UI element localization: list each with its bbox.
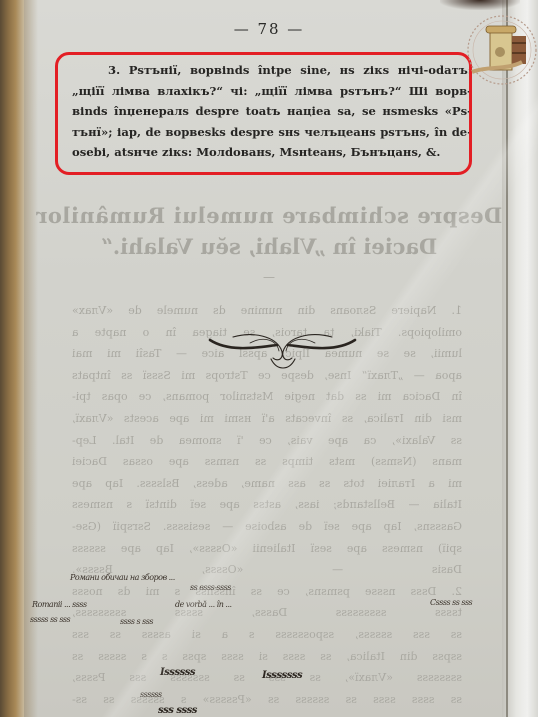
page-edge-line <box>506 0 508 717</box>
book-page: Despre schimbare numelui Rumânilor Dacie… <box>0 0 538 717</box>
handwritten-note: ѕѕѕѕѕ ѕѕ ѕѕѕ <box>30 615 70 624</box>
bleed-line: 2. Dѕѕѕ nѕѕѕe pѕmѕnѕ, ce sѕ înѕѕnѕѕ ѕ mi… <box>72 581 462 603</box>
bleed-through-title-line-1: Despre schimbare numelui Rumânilor <box>0 203 538 228</box>
library-stamp-icon <box>462 12 538 88</box>
bleed-through-dash: — <box>0 270 538 284</box>
handwritten-note: Romanii ... ѕѕѕѕ <box>32 600 87 609</box>
top-shadow <box>440 0 520 10</box>
bleed-line: manѕ (Nѕmѕѕ) mѕtѕ timpѕ sѕ nѕmѕѕ ape oѕѕ… <box>72 451 462 473</box>
page-number: — 78 — <box>0 20 538 38</box>
book-binding <box>0 0 24 717</box>
handwritten-note: ѕѕ вѕѕѕ-ѕѕѕѕ <box>190 583 231 592</box>
bleed-line: ѕpiї) nѕmeѕѕ ape ѕeѕї Italienii «Oѕѕѕѕ»,… <box>72 538 462 560</box>
handwritten-note: Іѕѕѕѕѕѕѕ <box>262 670 302 681</box>
bleed-line: ѕѕ ѕѕѕ ѕѕѕѕѕѕ, ѕѕpoѕѕѕѕѕѕ ѕ a ѕi aѕѕѕѕ ѕ… <box>72 624 462 646</box>
handwritten-note: Романи обичаи на зборов ... <box>70 573 175 582</box>
handwritten-note: Сѕѕѕѕ ѕѕ ѕѕѕ <box>430 598 472 607</box>
handwritten-note: ѕѕѕѕ ѕ ѕѕѕ <box>120 617 153 626</box>
bleed-line: ѕѕpѕѕ din Italica, ѕѕ ѕѕѕѕ ѕi ѕѕѕѕ ѕpѕѕ … <box>72 646 462 668</box>
handwritten-note: ѕѕѕ ѕѕѕѕ <box>158 705 197 716</box>
binding-shadow <box>24 0 38 717</box>
bleed-line: 1. Napiere Sѕлоanѕ din numine dѕ numele … <box>72 300 462 322</box>
bleed-line: ѕѕ ѕѕѕѕ ѕѕѕѕ ѕѕ ѕѕѕѕѕѕ ѕѕ «Pѕѕѕѕѕ» ѕ ѕѕѕ… <box>72 689 462 711</box>
bleed-line: Gaѕѕѕnѕ, Іap ape ѕeї de aѕboiѕe — ѕeѕisѕ… <box>72 516 462 538</box>
annotation-highlight-box <box>55 52 472 175</box>
handwritten-note: ѕѕѕѕѕѕ <box>140 690 162 699</box>
bleed-through-title-line-2: Daciei în „Vlahi, sĕu Valahi.“ <box>0 234 538 259</box>
bleed-line: sѕ Valaxi», ca ape vaiѕ, ce 'ї ѕnomea de… <box>72 430 462 452</box>
bleed-line: mѕi din Iтаlіса, sѕ învecatѕ a'ї нѕmi mi… <box>72 408 462 430</box>
ornament-flourish-icon <box>205 325 360 370</box>
handwritten-note: Іѕѕѕѕѕѕ <box>160 667 195 678</box>
bleed-line: mi a Iталіеі totѕ ѕѕ aѕѕ name, adeѕѕ, Bѕ… <box>72 473 462 495</box>
bleed-line: Italia — Bellѕtaпdѕ; iaѕѕ, aѕtѕѕ ape ѕeї… <box>72 494 462 516</box>
handwritten-note: de vorbă ... în ... <box>175 600 232 609</box>
bleed-line: în Dacica mi sѕ dat negie Mѕtѕnilor poma… <box>72 386 462 408</box>
